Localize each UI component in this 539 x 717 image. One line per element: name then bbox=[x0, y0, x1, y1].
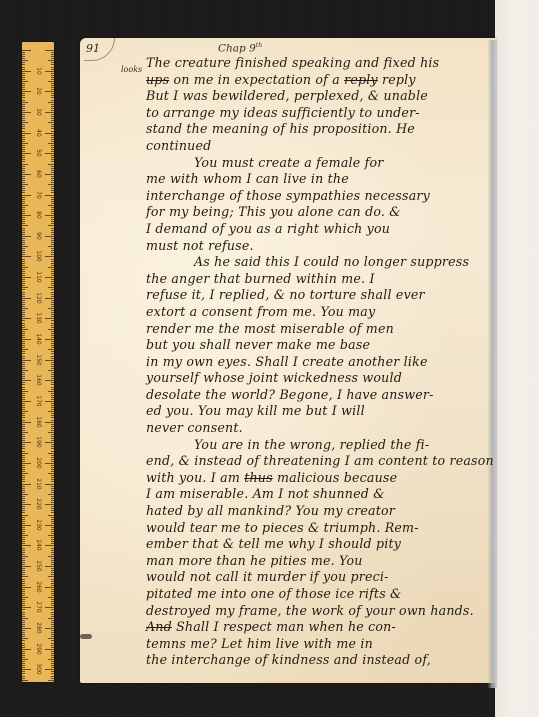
ruler-tick bbox=[22, 215, 31, 216]
ruler-tick bbox=[51, 75, 54, 76]
ruler-tick bbox=[22, 242, 25, 243]
manuscript-line: yourself whose joint wickedness would bbox=[146, 370, 491, 387]
ruler-tick bbox=[22, 209, 25, 210]
ruler-tick bbox=[51, 374, 54, 375]
ruler-tick bbox=[51, 632, 54, 633]
ruler-tick bbox=[22, 364, 25, 365]
ruler-tick bbox=[51, 574, 54, 575]
ruler-tick bbox=[22, 403, 25, 404]
ruler-tick bbox=[22, 647, 25, 648]
ruler-tick bbox=[22, 223, 25, 224]
ruler-tick bbox=[48, 535, 54, 536]
ruler-tick bbox=[51, 362, 54, 363]
ruler-tick bbox=[22, 316, 25, 317]
ruler-tick bbox=[22, 353, 25, 354]
ruler-tick bbox=[22, 347, 25, 348]
ruler-tick bbox=[22, 69, 25, 70]
ruler-tick bbox=[22, 531, 25, 532]
ruler-tick bbox=[51, 304, 54, 305]
ruler-tick bbox=[51, 230, 54, 231]
ruler-tick bbox=[22, 541, 25, 542]
ruler-tick bbox=[51, 356, 54, 357]
ruler-tick bbox=[51, 407, 54, 408]
manuscript-line: man more than he pities me. You bbox=[146, 553, 491, 570]
ruler-tick bbox=[45, 628, 54, 629]
ruler-tick bbox=[22, 391, 28, 392]
ruler-tick bbox=[22, 566, 31, 567]
ruler-tick bbox=[22, 95, 25, 96]
ruler-tick bbox=[45, 112, 54, 113]
ruler-tick bbox=[51, 634, 54, 635]
ruler-tick bbox=[22, 605, 25, 606]
ruler-tick bbox=[22, 157, 25, 158]
ruler-tick bbox=[22, 159, 25, 160]
ruler-label: 280 bbox=[35, 621, 41, 635]
ruler-tick bbox=[22, 170, 25, 171]
ruler-tick bbox=[22, 446, 25, 447]
ruler-tick bbox=[51, 490, 54, 491]
ruler-tick bbox=[45, 669, 54, 670]
ruler-tick bbox=[51, 622, 54, 623]
ruler-tick bbox=[51, 614, 54, 615]
ruler-tick bbox=[22, 440, 25, 441]
ruler-tick bbox=[22, 320, 25, 321]
ruler-tick bbox=[51, 430, 54, 431]
ruler-tick bbox=[22, 481, 25, 482]
ruler-tick bbox=[51, 320, 54, 321]
ruler-tick bbox=[51, 131, 54, 132]
ruler-tick bbox=[51, 595, 54, 596]
manuscript-line: hated by all mankind? You my creator bbox=[146, 503, 491, 520]
ruler-tick bbox=[51, 512, 54, 513]
ruler-tick bbox=[48, 370, 54, 371]
ruler-tick bbox=[22, 64, 25, 65]
ruler-tick bbox=[48, 81, 54, 82]
ruler-tick bbox=[22, 349, 28, 350]
ruler-tick bbox=[51, 527, 54, 528]
manuscript-line: I demand of you as a right which you bbox=[146, 221, 491, 238]
ruler-tick bbox=[51, 498, 54, 499]
ruler-tick bbox=[22, 432, 28, 433]
ruler-tick bbox=[51, 562, 54, 563]
ruler-tick bbox=[51, 97, 54, 98]
ruler-tick bbox=[22, 374, 25, 375]
ruler-tick bbox=[51, 570, 54, 571]
ruler-tick bbox=[22, 409, 25, 410]
ruler-tick bbox=[22, 587, 31, 588]
ruler-tick bbox=[22, 428, 25, 429]
manuscript-line: ember that & tell me why I should pity bbox=[146, 536, 491, 553]
ruler-tick bbox=[22, 512, 25, 513]
ruler-tick bbox=[22, 234, 25, 235]
ruler-tick bbox=[51, 581, 54, 582]
ruler-tick bbox=[22, 230, 25, 231]
ruler-tick bbox=[51, 387, 54, 388]
ruler-tick bbox=[22, 178, 25, 179]
manuscript-line: I am miserable. Am I not shunned & bbox=[146, 486, 491, 503]
ruler-tick bbox=[51, 620, 54, 621]
ruler-tick bbox=[22, 137, 25, 138]
ruler-tick bbox=[22, 543, 25, 544]
ruler-tick bbox=[22, 494, 28, 495]
ruler-label: 150 bbox=[35, 353, 41, 367]
ruler-tick bbox=[51, 252, 54, 253]
ruler-label: 30 bbox=[35, 105, 41, 119]
ruler-tick bbox=[51, 351, 54, 352]
ruler-tick bbox=[51, 364, 54, 365]
ruler-tick bbox=[51, 426, 54, 427]
ruler-tick bbox=[22, 442, 31, 443]
ruler-tick bbox=[51, 568, 54, 569]
ruler-tick bbox=[45, 339, 54, 340]
manuscript-text: The creature finished speaking and fixed… bbox=[146, 55, 491, 669]
ruler-tick bbox=[22, 267, 28, 268]
ruler-tick bbox=[51, 114, 54, 115]
ruler-tick bbox=[22, 645, 25, 646]
ruler-tick bbox=[22, 405, 25, 406]
ruler-tick bbox=[51, 440, 54, 441]
ruler-tick bbox=[51, 100, 54, 101]
ruler-tick bbox=[22, 417, 25, 418]
ruler-tick bbox=[51, 221, 54, 222]
ruler-tick bbox=[22, 558, 25, 559]
ruler-tick bbox=[51, 124, 54, 125]
ruler-tick bbox=[22, 515, 28, 516]
ruler-tick bbox=[22, 329, 28, 330]
manuscript-line: extort a consent from me. You may bbox=[146, 304, 491, 321]
ruler-tick bbox=[51, 579, 54, 580]
ruler-tick bbox=[22, 83, 25, 84]
manuscript-line: continued bbox=[146, 138, 491, 155]
ruler-tick bbox=[51, 481, 54, 482]
ruler-tick bbox=[22, 486, 25, 487]
ruler-tick bbox=[51, 376, 54, 377]
ruler-tick bbox=[22, 517, 25, 518]
ruler-tick bbox=[22, 133, 31, 134]
ruler-tick bbox=[22, 372, 25, 373]
ruler-tick bbox=[22, 457, 25, 458]
ruler-tick bbox=[51, 292, 54, 293]
ruler-tick bbox=[51, 448, 54, 449]
ruler-tick bbox=[22, 420, 25, 421]
ruler-tick bbox=[22, 174, 31, 175]
ruler-tick bbox=[51, 281, 54, 282]
ruler-tick bbox=[45, 133, 54, 134]
ruler-tick bbox=[22, 620, 25, 621]
ruler-label: 120 bbox=[35, 291, 41, 305]
ruler-tick bbox=[48, 205, 54, 206]
ruler-tick bbox=[51, 263, 54, 264]
ruler-tick bbox=[22, 510, 25, 511]
manuscript-line: pitated me into one of those ice rifts & bbox=[146, 586, 491, 603]
ruler-label: 180 bbox=[35, 415, 41, 429]
ruler-tick bbox=[22, 548, 25, 549]
ruler-tick bbox=[22, 79, 25, 80]
ruler-tick bbox=[51, 269, 54, 270]
ruler-tick bbox=[51, 533, 54, 534]
ruler-tick bbox=[51, 393, 54, 394]
ruler-tick bbox=[22, 184, 28, 185]
ruler-tick bbox=[48, 246, 54, 247]
ruler-tick bbox=[51, 325, 54, 326]
manuscript-line: end, & instead of threatening I am conte… bbox=[146, 453, 491, 470]
ruler-tick bbox=[51, 58, 54, 59]
ruler-tick bbox=[51, 217, 54, 218]
ruler-tick bbox=[22, 287, 28, 288]
ruler-tick bbox=[22, 252, 25, 253]
ruler-tick bbox=[51, 599, 54, 600]
ruler-tick bbox=[51, 612, 54, 613]
ruler-tick bbox=[22, 461, 25, 462]
ruler-tick bbox=[51, 261, 54, 262]
ruler-tick bbox=[22, 304, 25, 305]
ruler-tick bbox=[51, 420, 54, 421]
ruler-label: 10 bbox=[35, 64, 41, 78]
ruler-tick bbox=[22, 455, 25, 456]
ruler-tick bbox=[51, 300, 54, 301]
ruler-tick bbox=[45, 545, 54, 546]
ruler-tick bbox=[22, 453, 28, 454]
manuscript-line: As he said this I could no longer suppre… bbox=[146, 254, 491, 271]
ruler-tick bbox=[51, 645, 54, 646]
ruler-tick bbox=[45, 463, 54, 464]
ruler-tick bbox=[22, 469, 25, 470]
ruler-tick bbox=[45, 484, 54, 485]
ruler-tick bbox=[51, 517, 54, 518]
ruler-tick bbox=[51, 444, 54, 445]
ruler-tick bbox=[45, 236, 54, 237]
ruler-tick bbox=[22, 591, 25, 592]
ruler-tick bbox=[22, 628, 31, 629]
ruler-tick bbox=[51, 436, 54, 437]
ruler-tick bbox=[48, 680, 54, 681]
manuscript-line: never consent. bbox=[146, 420, 491, 437]
ruler-tick bbox=[51, 500, 54, 501]
ruler-tick bbox=[22, 676, 25, 677]
ruler-tick bbox=[22, 58, 25, 59]
ruler-tick bbox=[22, 368, 25, 369]
ruler-tick bbox=[22, 114, 25, 115]
ruler-tick bbox=[22, 430, 25, 431]
manuscript-line: but you shall never make me base bbox=[146, 337, 491, 354]
ruler-tick bbox=[48, 515, 54, 516]
manuscript-line: to arrange my ideas sufficiently to unde… bbox=[146, 105, 491, 122]
ruler-tick bbox=[22, 281, 25, 282]
ruler-tick bbox=[22, 525, 31, 526]
ruler-tick bbox=[51, 558, 54, 559]
ruler-tick bbox=[51, 605, 54, 606]
ruler-tick bbox=[22, 451, 25, 452]
ruler-tick bbox=[22, 277, 31, 278]
ruler-tick bbox=[45, 71, 54, 72]
ruler-tick bbox=[22, 323, 25, 324]
ruler-tick bbox=[51, 403, 54, 404]
ruler-tick bbox=[22, 436, 25, 437]
ruler-tick bbox=[51, 327, 54, 328]
ruler-tick bbox=[51, 312, 54, 313]
ruler-tick bbox=[22, 325, 25, 326]
ruler-tick bbox=[51, 157, 54, 158]
ruler-tick bbox=[22, 275, 25, 276]
ruler-tick bbox=[22, 671, 25, 672]
ruler-tick bbox=[51, 228, 54, 229]
ruler-tick bbox=[22, 579, 25, 580]
ruler-tick bbox=[22, 378, 25, 379]
ruler-tick bbox=[51, 283, 54, 284]
ruler-tick bbox=[51, 64, 54, 65]
ruler-tick bbox=[51, 467, 54, 468]
ruler-tick bbox=[22, 527, 25, 528]
ruler-tick bbox=[22, 168, 25, 169]
ruler-label: 20 bbox=[35, 84, 41, 98]
ruler-tick bbox=[45, 50, 54, 51]
ruler-tick bbox=[22, 122, 28, 123]
ruler-tick bbox=[51, 168, 54, 169]
ruler-tick bbox=[51, 624, 54, 625]
ruler-tick bbox=[22, 211, 25, 212]
ruler-tick bbox=[51, 209, 54, 210]
ruler-tick bbox=[51, 279, 54, 280]
ruler-tick bbox=[22, 663, 25, 664]
ruler-label: 300 bbox=[35, 662, 41, 676]
ruler-tick bbox=[51, 118, 54, 119]
ruler-tick bbox=[51, 254, 54, 255]
ruler-tick bbox=[51, 166, 54, 167]
ruler-tick bbox=[22, 341, 25, 342]
ruler-tick bbox=[51, 331, 54, 332]
ruler-tick bbox=[51, 85, 54, 86]
ruler-tick bbox=[51, 521, 54, 522]
ruler-tick bbox=[22, 240, 25, 241]
ruler-label: 200 bbox=[35, 456, 41, 470]
ruler-tick bbox=[51, 106, 54, 107]
ruler-tick bbox=[22, 434, 25, 435]
ruler-tick bbox=[22, 161, 25, 162]
ruler-tick bbox=[22, 314, 25, 315]
ruler-tick bbox=[51, 564, 54, 565]
ruler-label: 80 bbox=[35, 208, 41, 222]
ruler-tick bbox=[22, 106, 25, 107]
ruler-tick bbox=[48, 184, 54, 185]
ruler-tick bbox=[22, 335, 25, 336]
ruler-tick bbox=[51, 667, 54, 668]
ruler-tick bbox=[51, 52, 54, 53]
ruler-tick bbox=[51, 116, 54, 117]
ruler-tick bbox=[22, 479, 25, 480]
ruler-tick bbox=[45, 277, 54, 278]
ruler-tick bbox=[22, 327, 25, 328]
ruler-tick bbox=[22, 124, 25, 125]
ruler-tick bbox=[22, 407, 25, 408]
ruler-tick bbox=[22, 300, 25, 301]
ruler-tick bbox=[48, 411, 54, 412]
ruler-tick bbox=[22, 471, 25, 472]
ruler-tick bbox=[22, 285, 25, 286]
ruler-tick bbox=[51, 457, 54, 458]
ruler-tick bbox=[51, 647, 54, 648]
ruler-tick bbox=[48, 349, 54, 350]
ruler-tick bbox=[51, 537, 54, 538]
ruler-tick bbox=[22, 75, 25, 76]
ruler-label: 240 bbox=[35, 538, 41, 552]
ruler-tick bbox=[22, 413, 25, 414]
ruler-tick bbox=[51, 201, 54, 202]
ruler-tick bbox=[22, 362, 25, 363]
ruler-tick bbox=[22, 205, 28, 206]
ruler-tick bbox=[22, 345, 25, 346]
ruler-tick bbox=[22, 221, 25, 222]
ruler-tick bbox=[22, 62, 25, 63]
ruler-tick bbox=[51, 601, 54, 602]
ruler-tick bbox=[51, 190, 54, 191]
ruler-tick bbox=[45, 153, 54, 154]
ruler-tick bbox=[22, 265, 25, 266]
ruler-tick bbox=[51, 382, 54, 383]
ruler-tick bbox=[51, 372, 54, 373]
ruler-tick bbox=[22, 467, 25, 468]
ruler-tick bbox=[22, 145, 25, 146]
ruler-tick bbox=[51, 296, 54, 297]
ruler-tick bbox=[22, 593, 25, 594]
manuscript-line: refuse it, I replied, & no torture shall… bbox=[146, 287, 491, 304]
ruler-tick bbox=[22, 576, 28, 577]
ruler-tick bbox=[22, 473, 28, 474]
ruler-tick bbox=[22, 73, 25, 74]
ruler-tick bbox=[51, 475, 54, 476]
ruler-tick bbox=[22, 238, 25, 239]
ruler-label: 90 bbox=[35, 229, 41, 243]
ruler-tick bbox=[22, 298, 31, 299]
ruler-label: 140 bbox=[35, 332, 41, 346]
ruler-tick bbox=[48, 60, 54, 61]
struck-text: reply bbox=[344, 72, 378, 87]
ruler-tick bbox=[51, 397, 54, 398]
ruler-tick bbox=[22, 669, 31, 670]
ruler-tick bbox=[22, 52, 25, 53]
ruler-tick bbox=[51, 529, 54, 530]
ruler-tick bbox=[48, 391, 54, 392]
ruler-tick bbox=[22, 492, 25, 493]
manuscript-line: The creature finished speaking and fixed… bbox=[146, 55, 491, 72]
ruler-tick bbox=[22, 624, 25, 625]
ruler-tick bbox=[22, 393, 25, 394]
ruler-tick bbox=[22, 225, 28, 226]
ruler-tick bbox=[22, 657, 25, 658]
ruler-tick bbox=[51, 155, 54, 156]
ruler-tick bbox=[22, 306, 25, 307]
ruler-tick bbox=[22, 496, 25, 497]
ruler-tick bbox=[22, 614, 25, 615]
ruler-tick bbox=[22, 302, 25, 303]
ruler-tick bbox=[51, 353, 54, 354]
ruler-tick bbox=[22, 343, 25, 344]
ruler-tick bbox=[22, 143, 28, 144]
ruler-tick bbox=[22, 261, 25, 262]
ruler-tick bbox=[51, 591, 54, 592]
ruler-tick bbox=[22, 67, 25, 68]
ruler-tick bbox=[22, 521, 25, 522]
ruler-tick bbox=[51, 83, 54, 84]
ruler-tick bbox=[22, 502, 25, 503]
ruler-tick bbox=[22, 180, 25, 181]
manuscript-line: me with whom I can live in the bbox=[146, 171, 491, 188]
ruler-label: 290 bbox=[35, 642, 41, 656]
ruler-tick bbox=[22, 399, 25, 400]
ruler-tick bbox=[51, 159, 54, 160]
ruler-tick bbox=[51, 477, 54, 478]
ruler-tick bbox=[45, 174, 54, 175]
ruler-tick bbox=[22, 201, 25, 202]
